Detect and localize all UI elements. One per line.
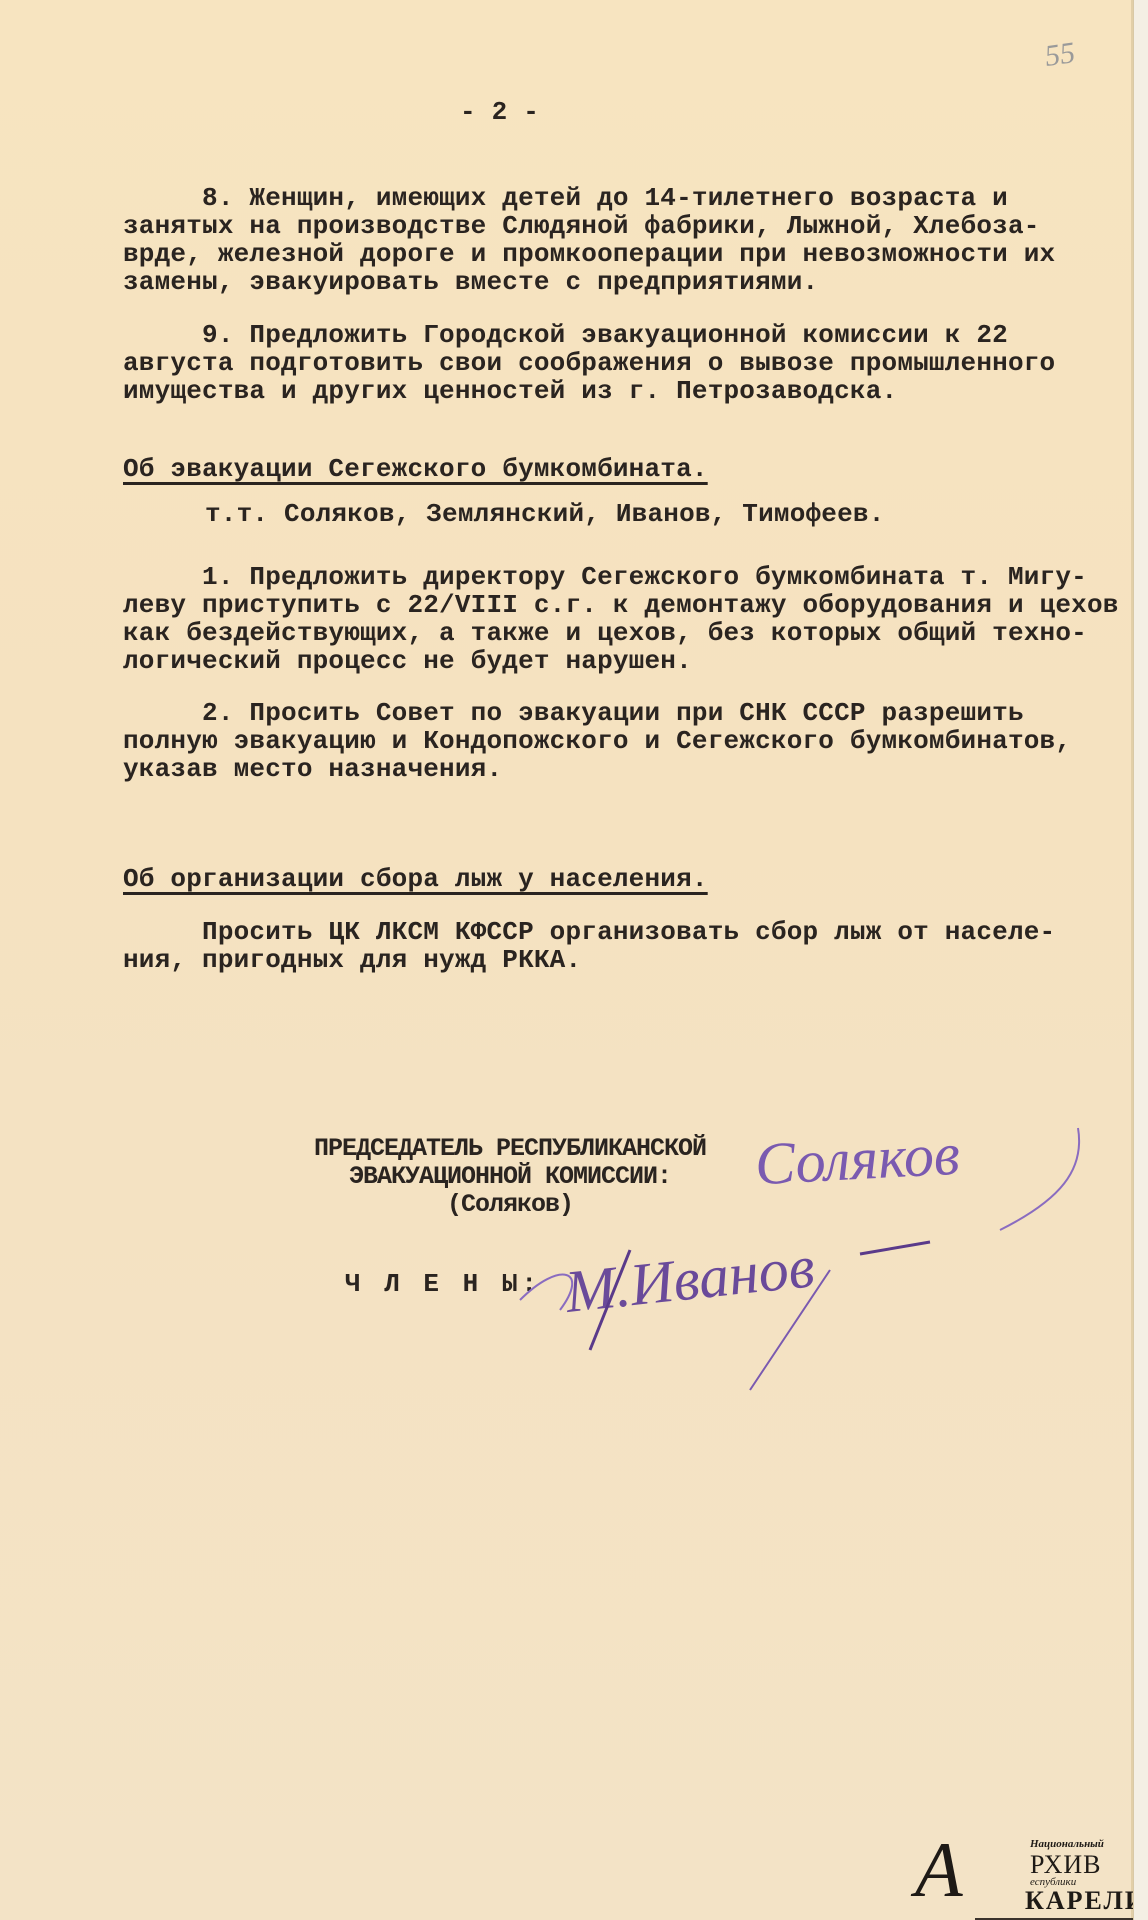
paragraph-8-line-4: замены, эвакуировать вместе с предприяти… [123, 268, 818, 296]
signature-flourish-icon [760, 1120, 1100, 1240]
item-2-line-2: полную эвакуацию и Кондопожского и Сегеж… [123, 727, 1071, 755]
archive-logo: А Национальный РХИВ еспублики КАРЕЛИЯ [915, 1830, 1140, 1915]
folio-number: 55 [1043, 36, 1077, 74]
paragraph-8-line-1: 8. Женщин, имеющих детей до 14-тилетнего… [123, 184, 1008, 212]
page-number: - 2 - [460, 98, 539, 126]
section-2-line-1: Просить ЦК ЛКСМ КФССР организовать сбор … [123, 918, 1055, 946]
member-signature-stroke-icon [500, 1240, 940, 1420]
archive-logo-line-1: Национальный [1030, 1838, 1104, 1850]
paragraph-8-line-3: врде, железной дороге и промкооперации п… [123, 240, 1055, 268]
archive-logo-line-4: КАРЕЛИЯ [1025, 1886, 1148, 1916]
paragraph-9-line-2: августа подготовить свои соображения о в… [123, 349, 1055, 377]
section-heading-segezha: Об эвакуации Сегежского бумкомбината. [123, 455, 708, 483]
chair-title-block: ПРЕДСЕДАТЕЛЬ РЕСПУБЛИКАНСКОЙ ЭВАКУАЦИОНН… [270, 1135, 750, 1219]
item-2-line-3: указав место назначения. [123, 755, 502, 783]
paragraph-9-line-3: имущества и других ценностей из г. Петро… [123, 377, 897, 405]
section-2-line-2: ния, пригодных для нужд РККА. [123, 946, 581, 974]
document-page: 55 - 2 - 8. Женщин, имеющих детей до 14-… [0, 0, 1133, 1920]
archive-monogram: А [915, 1830, 963, 1910]
chair-name: (Соляков) [270, 1191, 750, 1219]
item-1-line-3: как бездействующих, а также и цехов, без… [123, 619, 1087, 647]
item-1-line-1: 1. Предложить директору Сегежского бумко… [123, 563, 1087, 591]
section-heading-ski-collection: Об организации сбора лыж у населения. [123, 865, 708, 893]
chair-title-line-1: ПРЕДСЕДАТЕЛЬ РЕСПУБЛИКАНСКОЙ [270, 1135, 750, 1163]
chair-title-line-2: ЭВАКУАЦИОННОЙ КОМИССИИ: [270, 1163, 750, 1191]
item-1-line-2: леву приступить с 22/VIII с.г. к демонта… [123, 591, 1119, 619]
item-1-line-4: логический процесс не будет нарушен. [123, 647, 692, 675]
underlying-page-edge [1133, 0, 1148, 1920]
section-speakers: т.т. Соляков, Землянский, Иванов, Тимофе… [205, 500, 885, 528]
paragraph-9-line-1: 9. Предложить Городской эвакуационной ко… [123, 321, 1008, 349]
item-2-line-1: 2. Просить Совет по эвакуации при СНК СС… [123, 699, 1024, 727]
paragraph-8-line-2: занятых на производстве Слюдяной фабрики… [123, 212, 1040, 240]
